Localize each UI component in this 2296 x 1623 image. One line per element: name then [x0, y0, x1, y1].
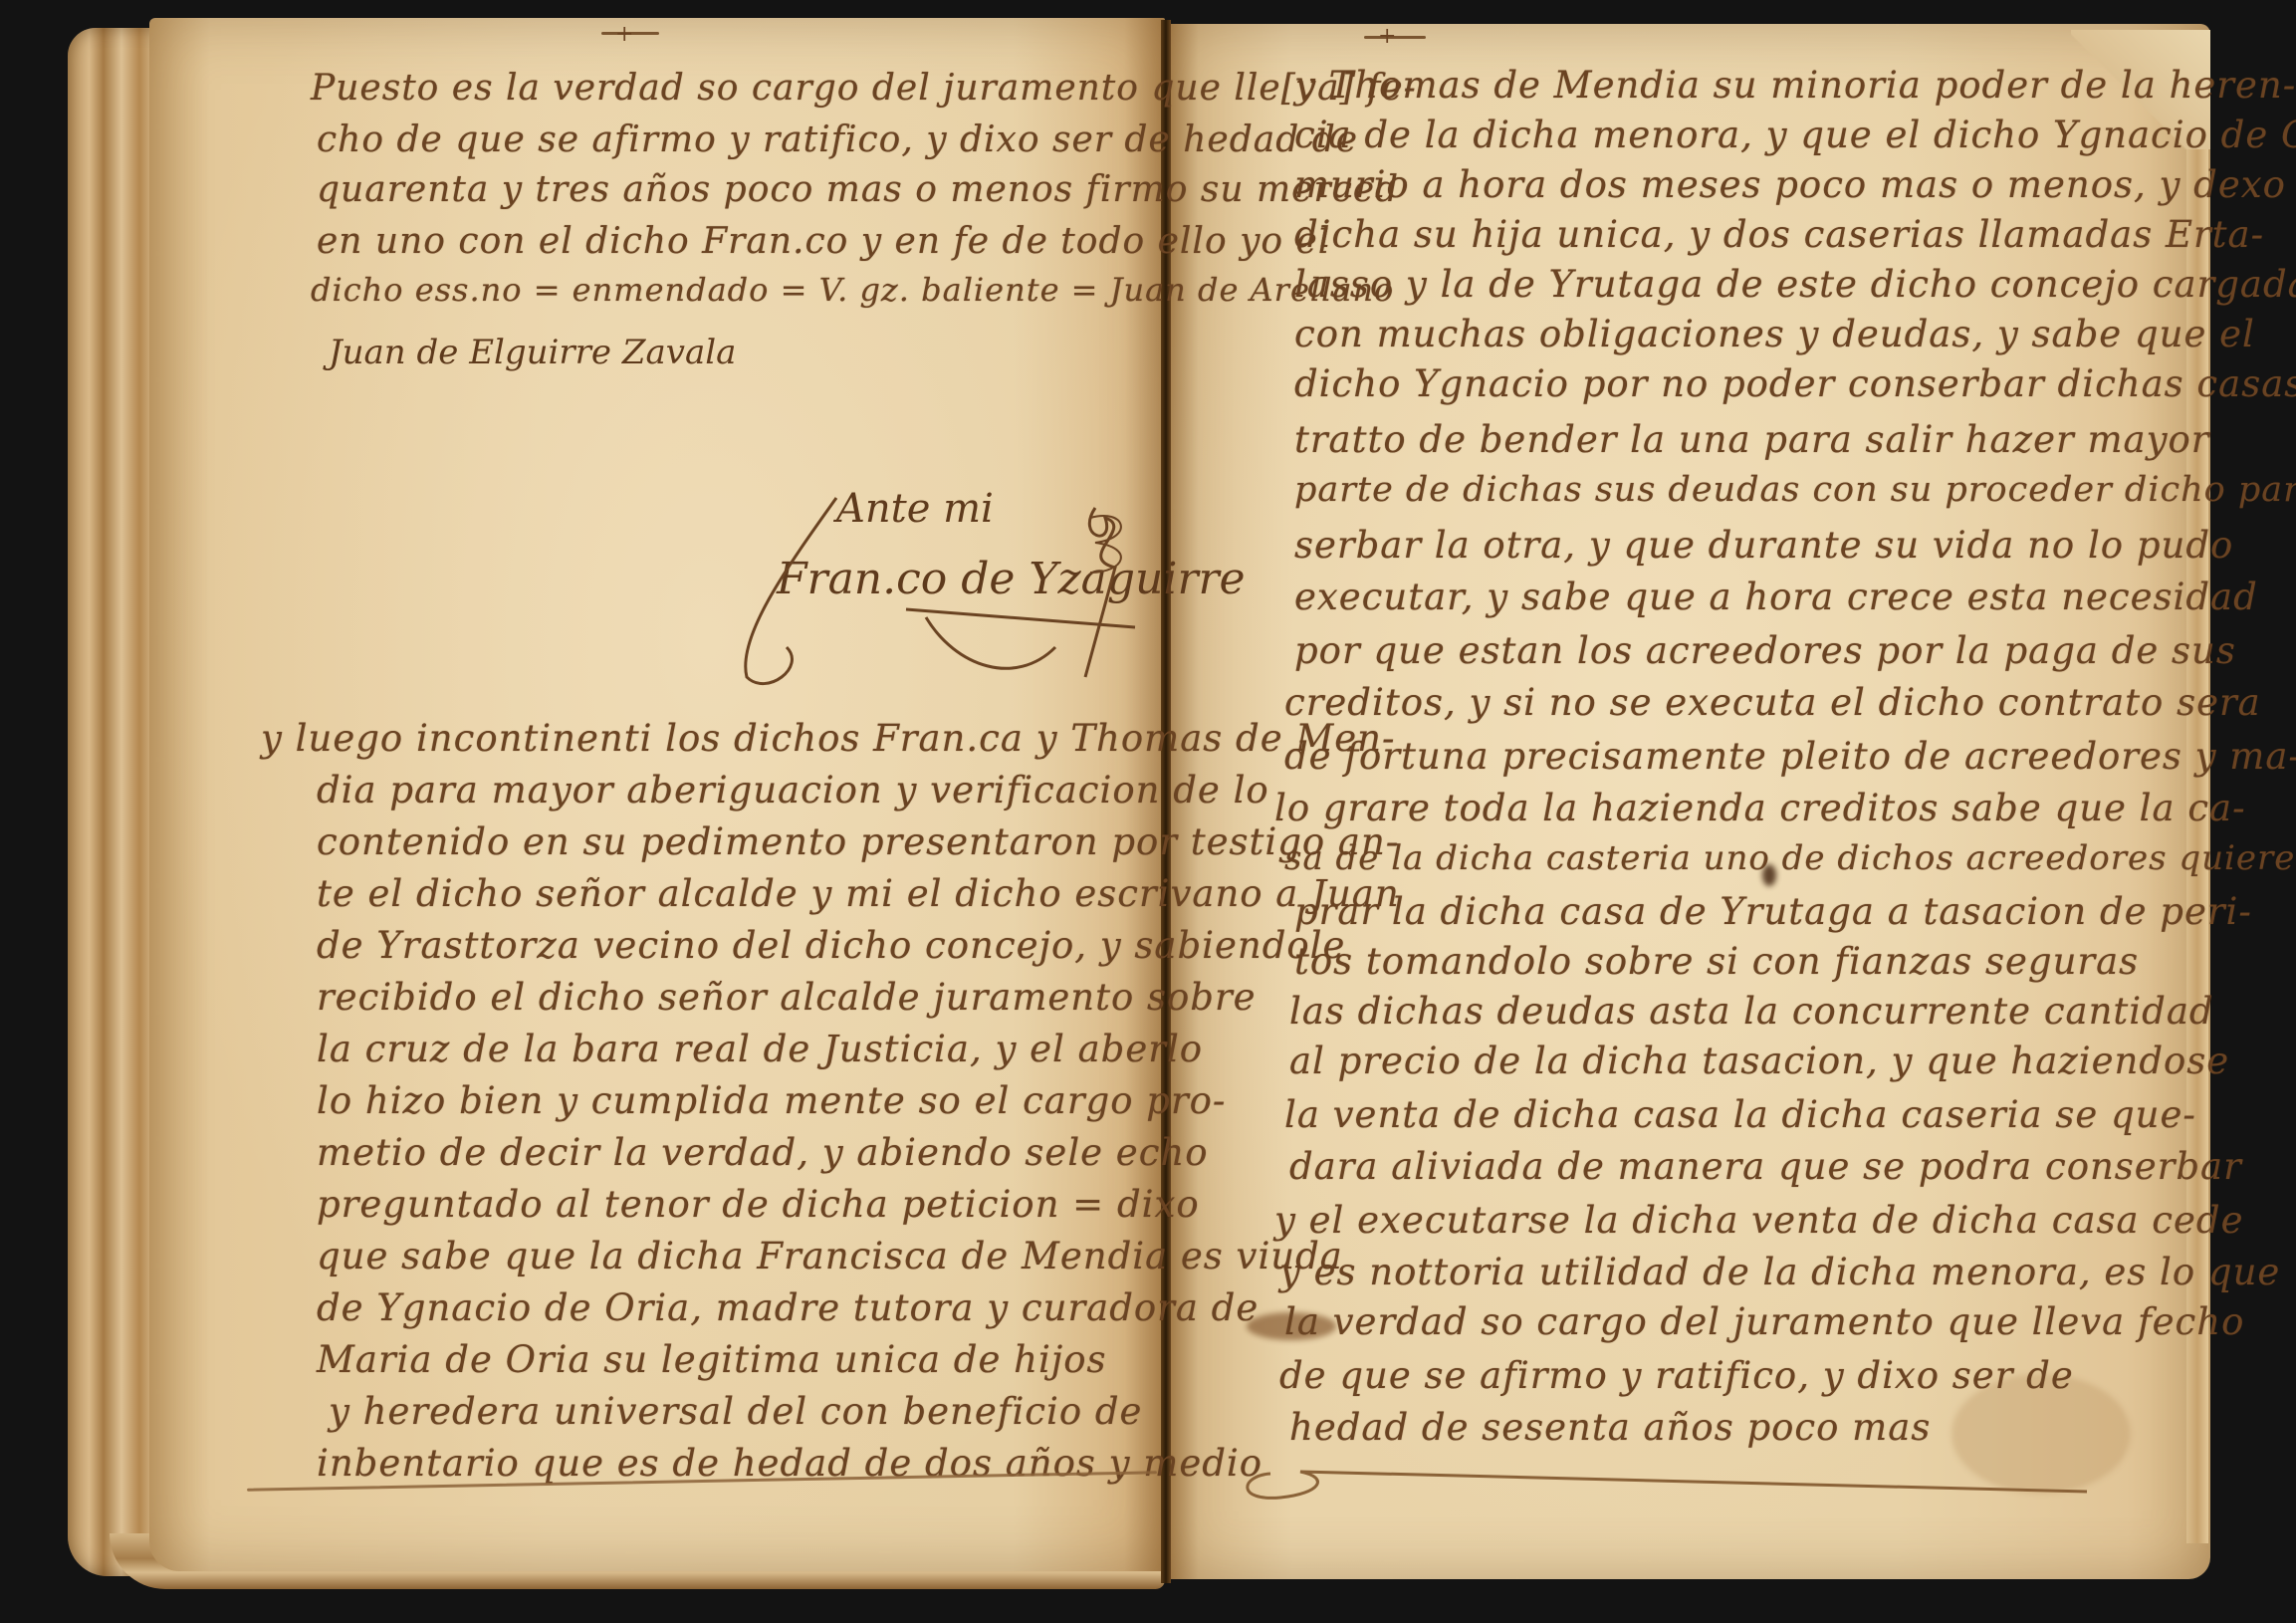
- right-line-8: tratto de bender la una para salir hazer…: [1294, 418, 2209, 461]
- right-line-18: tos tomandolo sobre si con fianzas segur…: [1294, 940, 2139, 983]
- left-p2-line-12: de Ygnacio de Oria, madre tutora y curad…: [317, 1286, 1259, 1329]
- left-p2-line-2: dia para mayor aberiguacion y verificaci…: [317, 769, 1269, 811]
- right-line-27: hedad de sesenta años poco mas: [1289, 1406, 1931, 1449]
- right-line-7: dicho Ygnacio por no poder conserbar dic…: [1294, 362, 2296, 405]
- left-p2-line-14: y heredera universal del con beneficio d…: [329, 1390, 1142, 1433]
- left-p2-line-1: y luego incontinenti los dichos Fran.ca …: [261, 717, 1395, 760]
- left-p1-line-1: Puesto es la verdad so cargo del juramen…: [311, 68, 1417, 109]
- right-line-10: serbar la otra, y que durante su vida no…: [1294, 524, 2233, 567]
- right-line-15: lo grare toda la hazienda creditos sabe …: [1274, 787, 2246, 829]
- right-line-25: la verdad so cargo del juramento que lle…: [1284, 1300, 2244, 1343]
- left-p1-line-4: en uno con el dicho Fran.co y en fe de t…: [317, 221, 1330, 262]
- right-line-12: por que estan los acreedores por la paga…: [1294, 629, 2236, 672]
- right-line-20: al precio de la dicha tasacion, y que ha…: [1289, 1040, 2229, 1082]
- right-line-24: y es nottoria utilidad de la dicha menor…: [1279, 1251, 2280, 1293]
- right-line-16: sa de la dicha casteria uno de dichos ac…: [1284, 838, 2296, 878]
- right-line-17: prar la dicha casa de Yrutaga a tasacion…: [1294, 890, 2252, 933]
- left-p1-line-3: quarenta y tres años poco mas o menos fi…: [317, 169, 1399, 210]
- right-line-14: de fortuna precisamente pleito de acreed…: [1284, 735, 2296, 778]
- header-cross-mark-right: +: [1378, 24, 1396, 49]
- right-line-13: creditos, y si no se executa el dicho co…: [1284, 681, 2261, 724]
- right-line-1: y Thomas de Mendia su minoria poder de l…: [1294, 64, 2296, 107]
- right-line-11: executar, y sabe que a hora crece esta n…: [1294, 576, 2258, 618]
- left-p2-line-9: metio de decir la verdad, y abiendo sele…: [317, 1131, 1209, 1174]
- witness-signature: Juan de Elguirre Zavala: [329, 333, 736, 372]
- right-line-2: cia de la dicha menora, y que el dicho Y…: [1294, 114, 2296, 156]
- right-line-22: dara aliviada de manera que se podra con…: [1289, 1145, 2242, 1188]
- right-line-4: dicha su hija unica, y dos caserias llam…: [1294, 213, 2264, 256]
- right-line-26: de que se afirmo y ratifico, y dixo ser …: [1279, 1354, 2074, 1397]
- manuscript-spread: + + Puesto es la verdad so cargo del jur…: [0, 0, 2296, 1623]
- left-p1-line-5: dicho ess.no = enmendado = V. gz. balien…: [311, 271, 1394, 309]
- left-p2-line-8: lo hizo bien y cumplida mente so el carg…: [317, 1079, 1226, 1122]
- right-line-19: las dichas deudas asta la concurrente ca…: [1289, 990, 2214, 1033]
- left-p2-line-3: contenido en su pedimento presentaron po…: [317, 820, 1399, 863]
- right-line-3: murio a hora dos meses poco mas o menos,…: [1294, 163, 2296, 206]
- right-line-9: parte de dichas sus deudas con su proced…: [1294, 470, 2296, 510]
- left-p2-line-4: te el dicho señor alcalde y mi el dicho …: [317, 872, 1400, 915]
- left-p1-line-2: cho de que se afirmo y ratifico, y dixo …: [317, 119, 1358, 160]
- left-p2-line-7: la cruz de la bara real de Justicia, y e…: [317, 1028, 1203, 1070]
- header-cross-mark-left: +: [615, 22, 633, 47]
- notary-rubric-icon: [697, 478, 1155, 707]
- right-closing-flourish-icon: [1231, 1454, 2087, 1523]
- left-p2-line-11: que sabe que la dicha Francisca de Mendi…: [317, 1235, 1343, 1277]
- right-line-21: la venta de dicha casa la dicha caseria …: [1284, 1093, 2196, 1136]
- left-p2-line-13: Maria de Oria su legitima unica de hijos: [317, 1338, 1107, 1381]
- right-line-6: con muchas obligaciones y deudas, y sabe…: [1294, 313, 2255, 355]
- left-p2-line-6: recibido el dicho señor alcalde jurament…: [317, 976, 1257, 1019]
- left-p2-line-5: de Yrasttorza vecino del dicho concejo, …: [317, 924, 1345, 967]
- right-line-5: lasso y la de Yrutaga de este dicho conc…: [1294, 263, 2296, 306]
- right-line-23: y el executarse la dicha venta de dicha …: [1274, 1199, 2244, 1242]
- left-p2-line-10: preguntado al tenor de dicha peticion = …: [317, 1183, 1200, 1226]
